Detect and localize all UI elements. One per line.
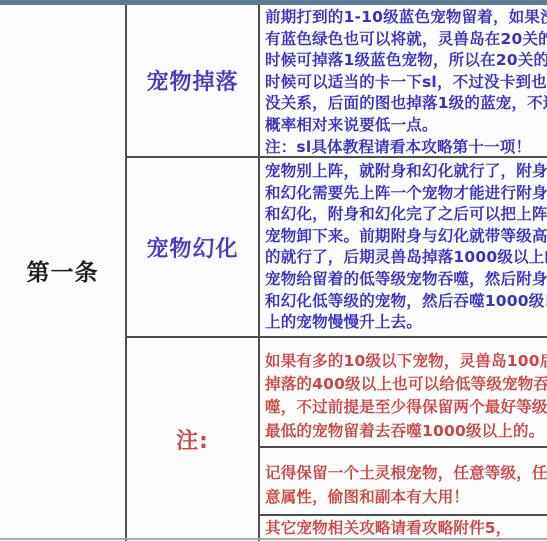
text-line: 没关系，后面的图也掉落1级的蓝宠，不过 [265, 93, 547, 115]
text-line: 记得保留一个土灵根宠物，任意等级，任 [265, 461, 547, 485]
text-line: 宠物别上阵，就附身和幻化就行了，附身 [265, 161, 547, 183]
pet-drop-label: 宠物掉落 [146, 65, 238, 96]
table-border-vertical-right [258, 5, 260, 541]
text-line: 有蓝色绿色也可以将就，灵兽岛在20关的 [265, 29, 547, 51]
note-label: 注: [176, 424, 209, 455]
text-line: 上的宠物慢慢升上去。 [265, 312, 547, 334]
text-line: 意属性，偷图和副本有大用！ [265, 485, 547, 509]
text-line: 注：sl具体教程请看本攻略第十一项！ [265, 137, 547, 159]
text-line: 掉落的400级以上也可以给低等级宠物吞 [265, 373, 547, 396]
text-line: 和幻化低等级的宠物，然后吞噬1000级以 [265, 291, 547, 313]
note-text-1: 如果有多的10级以下宠物，灵兽岛100后掉落的400级以上也可以给低等级宠物吞噬… [265, 350, 547, 443]
pet-drop-text: 前期打到的1-10级蓝色宠物留着，如果没有蓝色绿色也可以将就，灵兽岛在20关的时… [265, 7, 547, 158]
text-line: 时候可掉落1级蓝色宠物，所以在20关的 [265, 50, 547, 72]
note-text-2: 记得保留一个土灵根宠物，任意等级，任意属性，偷图和副本有大用！ [265, 461, 547, 509]
section-number-label: 第一条 [27, 254, 99, 287]
section-number-cell: 第一条 [0, 0, 125, 541]
text-line: 其它宠物相关攻略请看攻略附件5， [265, 518, 547, 539]
text-line: 概率相对来说要低一点。 [265, 115, 547, 137]
note-text-3: 其它宠物相关攻略请看攻略附件5， [265, 518, 547, 539]
table-border-note1-note2 [258, 446, 547, 448]
text-line: 噬，不过前提是至少得保留两个最好等级 [265, 396, 547, 419]
text-line: 时候可以适当的卡一下sl，不过没卡到也 [265, 72, 547, 94]
text-line: 如果有多的10级以下宠物，灵兽岛100后 [265, 350, 547, 373]
pet-drop-label-cell: 宠物掉落 [127, 5, 258, 156]
pet-illusion-text: 宠物别上阵，就附身和幻化就行了，附身和幻化需要先上阵一个宠物才能进行附身和幻化，… [265, 161, 547, 334]
text-line: 前期打到的1-10级蓝色宠物留着，如果没 [265, 7, 547, 29]
text-line: 宠物给留着的低等级宠物吞噬，然后附身 [265, 269, 547, 291]
text-line: 最低的宠物留着去吞噬1000级以上的。 [265, 420, 547, 443]
pet-illusion-label: 宠物幻化 [146, 232, 238, 263]
note-label-cell: 注: [127, 338, 258, 541]
text-line: 和幻化，附身和幻化完了之后可以把上阵 [265, 204, 547, 226]
text-line: 的就行了，后期灵兽岛掉落1000级以上的 [265, 247, 547, 269]
pet-illusion-label-cell: 宠物幻化 [127, 158, 258, 336]
table-border-note2-note3 [258, 514, 547, 516]
text-line: 宠物卸下来。前期附身与幻化就带等级高 [265, 226, 547, 248]
text-line: 和幻化需要先上阵一个宠物才能进行附身 [265, 183, 547, 205]
